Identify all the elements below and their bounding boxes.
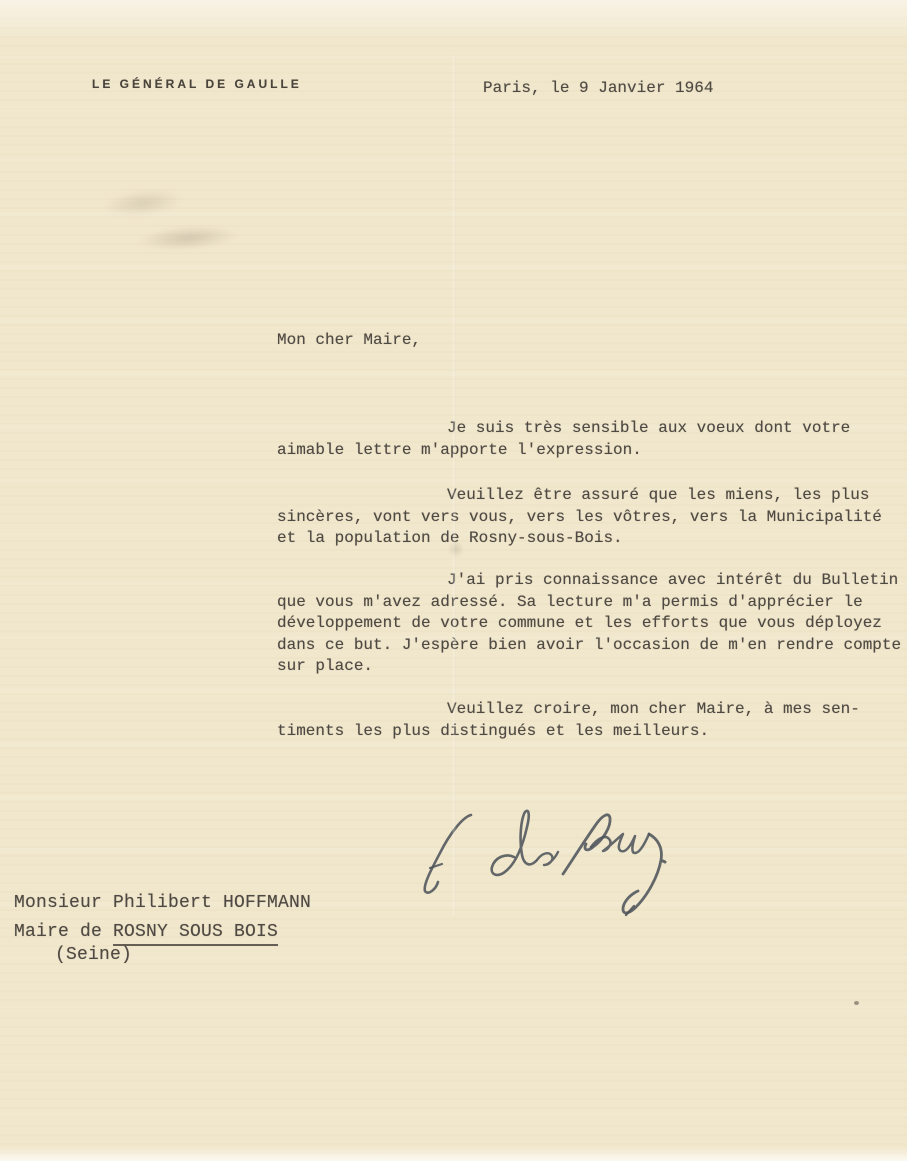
paragraph-3: J'ai pris connaissance avec intérêt du B… <box>277 570 907 678</box>
salutation: Mon cher Maire, <box>277 330 421 352</box>
paragraph-1: Je suis très sensible aux voeux dont vot… <box>277 418 907 461</box>
recipient-title: Maire de ROSNY SOUS BOIS <box>14 920 278 944</box>
paper-speck <box>854 1001 859 1005</box>
handwritten-signature <box>395 795 685 940</box>
recipient-name: Monsieur Philibert HOFFMANN <box>14 891 311 915</box>
signature-ink-strokes <box>395 795 685 940</box>
recipient-city-underlined: ROSNY SOUS BOIS <box>113 922 278 946</box>
recipient-department: (Seine) <box>55 943 132 967</box>
letterhead: LE GÉNÉRAL DE GAULLE <box>92 77 302 91</box>
paragraph-4: Veuillez croire, mon cher Maire, à mes s… <box>277 699 907 742</box>
paper-smudge <box>137 223 238 254</box>
paper-smudge <box>102 186 184 220</box>
recipient-title-prefix: Maire de <box>14 922 113 942</box>
dateline: Paris, le 9 Janvier 1964 <box>483 78 713 100</box>
paragraph-2: Veuillez être assuré que les miens, les … <box>277 485 907 550</box>
scanned-letter-page: LE GÉNÉRAL DE GAULLE Paris, le 9 Janvier… <box>0 0 907 1161</box>
